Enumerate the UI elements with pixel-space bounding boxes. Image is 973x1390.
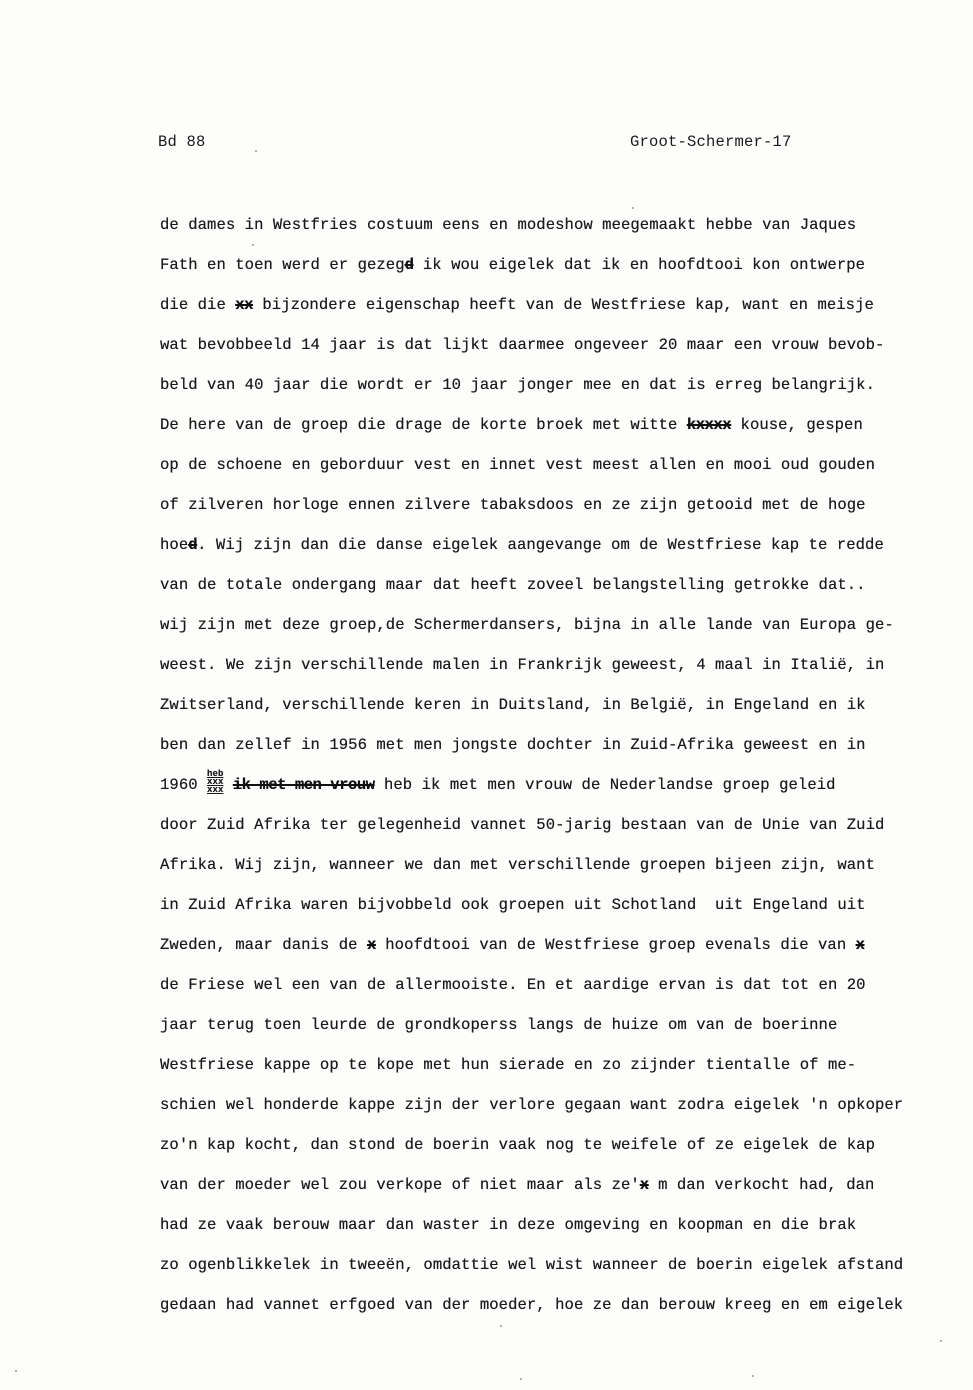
- text-line: beld van 40 jaar die wordt er 10 jaar jo…: [160, 373, 973, 413]
- text-line: door Zuid Afrika ter gelegenheid vannet …: [160, 813, 973, 853]
- text-segment: 1960: [160, 776, 207, 794]
- scan-speck: [632, 207, 634, 209]
- text-line: de Friese wel een van de allermooiste. E…: [160, 973, 973, 1013]
- text-segment: ik wou eigelek dat ik en hoofdtooi kon o…: [413, 256, 865, 274]
- text-line: ben dan zellef in 1956 met men jongste d…: [160, 733, 973, 773]
- scan-speck: [255, 150, 257, 152]
- struck-text: ik met men vrouw: [233, 776, 375, 794]
- struck-text: xxx: [207, 786, 223, 794]
- text-line: Zweden, maar danis de x hoofdtooi van de…: [160, 933, 973, 973]
- struck-text: xx: [235, 296, 253, 314]
- document-reference: Groot-Schermer-17: [630, 133, 792, 151]
- text-line: 1960 hebxxxxxx ik met men vrouw heb ik m…: [160, 773, 973, 813]
- scan-speck: [752, 1375, 754, 1377]
- text-segment: m dan verkocht had, dan: [649, 1176, 875, 1194]
- struck-stack: hebxxxxxx: [207, 770, 223, 794]
- scan-speck: [500, 1325, 502, 1327]
- text-line: schien wel honderde kappe zijn der verlo…: [160, 1093, 973, 1133]
- struck-text: kxxxx: [687, 416, 731, 434]
- text-segment: Zweden, maar danis de: [160, 936, 367, 954]
- text-segment: kouse, gespen: [731, 416, 863, 434]
- text-line: zo'n kap kocht, dan stond de boerin vaak…: [160, 1133, 973, 1173]
- text-line: van der moeder wel zou verkope of niet m…: [160, 1173, 973, 1213]
- text-line: in Zuid Afrika waren bijvobbeld ook groe…: [160, 893, 973, 933]
- text-line: Zwitserland, verschillende keren in Duit…: [160, 693, 973, 733]
- text-segment: die die: [160, 296, 235, 314]
- body-text: de dames in Westfries costuum eens en mo…: [160, 213, 973, 1333]
- struck-text: x: [640, 1176, 649, 1194]
- text-line: wij zijn met deze groep,de Schermerdanse…: [160, 613, 973, 653]
- text-line: Afrika. Wij zijn, wanneer we dan met ver…: [160, 853, 973, 893]
- text-segment: Fath en toen werd er gezeg: [160, 256, 405, 274]
- text-line: had ze vaak berouw maar dan waster in de…: [160, 1213, 973, 1253]
- document-page: Bd 88 Groot-Schermer-17 de dames in West…: [0, 0, 973, 1390]
- scan-speck: [252, 244, 254, 246]
- text-segment: hoofdtooi van de Westfriese groep evenal…: [376, 936, 856, 954]
- text-line: Westfriese kappe op te kope met hun sier…: [160, 1053, 973, 1093]
- struck-text: d: [188, 536, 197, 554]
- text-segment: van der moeder wel zou verkope of niet m…: [160, 1176, 640, 1194]
- text-line: die die xx bijzondere eigenschap heeft v…: [160, 293, 973, 333]
- text-line: op de schoene en geborduur vest en innet…: [160, 453, 973, 493]
- scan-speck: [520, 1378, 522, 1380]
- page-number: Bd 88: [158, 133, 206, 151]
- struck-text: x: [856, 936, 865, 954]
- text-line: of zilveren horloge ennen zilvere tabaks…: [160, 493, 973, 533]
- text-segment: . Wij zijn dan die danse eigelek aangeva…: [197, 536, 884, 554]
- text-line: weest. We zijn verschillende malen in Fr…: [160, 653, 973, 693]
- text-segment: De here van de groep die drage de korte …: [160, 416, 687, 434]
- text-line: de dames in Westfries costuum eens en mo…: [160, 213, 973, 253]
- text-line: gedaan had vannet erfgoed van der moeder…: [160, 1293, 973, 1333]
- text-line: zo ogenblikkelek in tweeën, omdattie wel…: [160, 1253, 973, 1293]
- text-line: jaar terug toen leurde de grondkoperss l…: [160, 1013, 973, 1053]
- text-line: De here van de groep die drage de korte …: [160, 413, 973, 453]
- scan-speck: [940, 1340, 942, 1342]
- text-line: hoed. Wij zijn dan die danse eigelek aan…: [160, 533, 973, 573]
- page-header: Bd 88 Groot-Schermer-17: [158, 133, 973, 157]
- struck-text: x: [367, 936, 376, 954]
- text-segment: bijzondere eigenschap heeft van de Westf…: [253, 296, 874, 314]
- scan-speck: [15, 1370, 17, 1372]
- text-line: Fath en toen werd er gezegd ik wou eigel…: [160, 253, 973, 293]
- text-segment: hoe: [160, 536, 188, 554]
- text-line: van de totale ondergang maar dat heeft z…: [160, 573, 973, 613]
- text-segment: heb ik met men vrouw de Nederlandse groe…: [375, 776, 836, 794]
- text-line: wat bevobbeeld 14 jaar is dat lijkt daar…: [160, 333, 973, 373]
